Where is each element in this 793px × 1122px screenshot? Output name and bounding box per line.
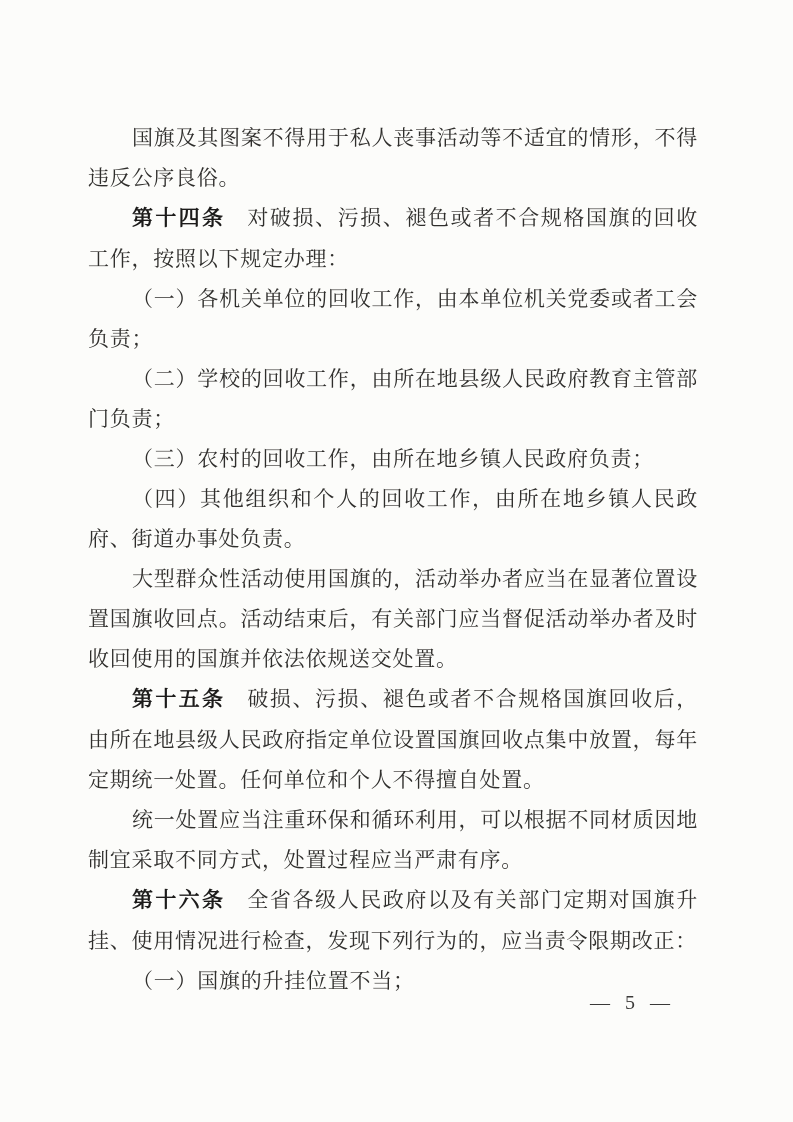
paragraph-text: （二）学校的回收工作，由所在地县级人民政府教育主管部门负责；: [88, 367, 698, 431]
paragraph-disposal: 统一处置应当注重环保和循环利用，可以根据不同材质因地制宜采取不同方式，处置过程应…: [88, 800, 698, 880]
paragraph-article-14: 第十四条对破损、污损、褪色或者不合规格国旗的回收工作，按照以下规定办理：: [88, 198, 698, 279]
paragraph-text: 大型群众性活动使用国旗的，活动举办者应当在显著位置设置国旗收回点。活动结束后，有…: [88, 567, 698, 671]
paragraph-text: 国旗及其图案不得用于私人丧事活动等不适宜的情形，不得违反公序良俗。: [88, 126, 698, 190]
article-15-number: 第十五条: [132, 688, 225, 711]
document-body: 国旗及其图案不得用于私人丧事活动等不适宜的情形，不得违反公序良俗。 第十四条对破…: [88, 118, 698, 1001]
paragraph-article-15: 第十五条破损、污损、褪色或者不合规格国旗回收后，由所在地县级人民政府指定单位设置…: [88, 679, 698, 800]
article-16-number: 第十六条: [132, 889, 225, 912]
paragraph-text: （四）其他组织和个人的回收工作，由所在地乡镇人民政府、街道办事处负责。: [88, 487, 698, 551]
article-14-number: 第十四条: [132, 207, 225, 230]
paragraph-article-16: 第十六条全省各级人民政府以及有关部门定期对国旗升挂、使用情况进行检查，发现下列行…: [88, 880, 698, 961]
paragraph-mass-events: 大型群众性活动使用国旗的，活动举办者应当在显著位置设置国旗收回点。活动结束后，有…: [88, 559, 698, 679]
paragraph-flag-usage: 国旗及其图案不得用于私人丧事活动等不适宜的情形，不得违反公序良俗。: [88, 118, 698, 198]
paragraph-text: （一）各机关单位的回收工作，由本单位机关党委或者工会负责；: [88, 287, 698, 351]
document-page: 国旗及其图案不得用于私人丧事活动等不适宜的情形，不得违反公序良俗。 第十四条对破…: [0, 0, 793, 1122]
page-number: — 5 —: [590, 992, 675, 1015]
paragraph-item-4: （四）其他组织和个人的回收工作，由所在地乡镇人民政府、街道办事处负责。: [88, 479, 698, 559]
paragraph-text: （三）农村的回收工作，由所在地乡镇人民政府负责；: [132, 447, 654, 471]
paragraph-text: 统一处置应当注重环保和循环利用，可以根据不同材质因地制宜采取不同方式，处置过程应…: [88, 808, 698, 872]
paragraph-item-2: （二）学校的回收工作，由所在地县级人民政府教育主管部门负责；: [88, 359, 698, 439]
paragraph-item-3: （三）农村的回收工作，由所在地乡镇人民政府负责；: [88, 439, 698, 479]
paragraph-item-1: （一）各机关单位的回收工作，由本单位机关党委或者工会负责；: [88, 279, 698, 359]
paragraph-text: （一）国旗的升挂位置不当；: [132, 969, 415, 993]
